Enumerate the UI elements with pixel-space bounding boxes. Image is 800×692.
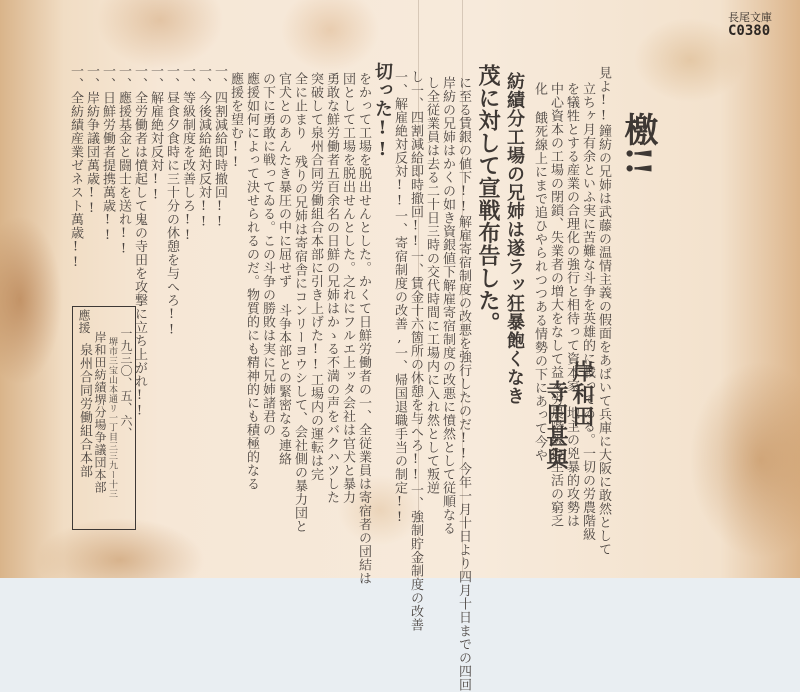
appeal: 應援を望む!! — [228, 72, 242, 171]
address-box: 一九三〇、五、六、 堺市三宝山本通リ一丁目三三九ー十三 岸和田紡績堺分場争議団本… — [72, 306, 136, 530]
body-column: 全に止まり 残りの兄姉は寄宿舎にコンリーヨウシして、会社側の暴力団と — [292, 72, 306, 533]
slogan: 一、應援基金と闘士を送れ!! — [116, 64, 130, 257]
body-column: に至る賃銀の値下!!解雇寄宿制度の改悪を強行したのだ!!今年一月十日より四月十日… — [456, 76, 470, 588]
slogan: 一、解雇絶対反対!! — [148, 64, 162, 203]
archive-stamp: 長尾文庫 C0380 — [728, 12, 772, 39]
body-column: し一、四割減給即時撤回!!一、賃金十六箇所の休憩を与へろ!!一、強制貯金制度の改… — [408, 70, 422, 588]
leaflet-scan: 長尾文庫 C0380 檄!! 見よ!!鐘紡の兄姉は武藤の温情主義の假面をあばいて… — [0, 0, 800, 578]
body-column: 突破して泉州合同労働組合本部に引き上げた!!工場内の運転は完 — [308, 72, 322, 481]
body-column: し全従業員は去る二十日三時の交代時間に工場内に入れ然として叛逆 — [424, 76, 438, 495]
body-column: 団として工場を脱出せんとした。之れにフルエ上ッタ会社は官犬と暴力 — [340, 72, 354, 504]
support-label: 應援 — [77, 309, 91, 334]
body-column: 岸紡の兄姉はかくの如き資銀値下解雇寄宿制度の改悪に憤然として従順なる — [440, 76, 454, 535]
headline-name-1: 岸和田 — [570, 360, 594, 428]
body-column: の下に勇敢に戦ってゐる。この斗争の勝敗は実に兄姉諸君の — [260, 72, 274, 437]
address: 堺市三宝山本通リ一丁目三三九ー十三 — [107, 337, 117, 499]
slogan: 一、四割減給即時撤回!! — [212, 64, 226, 230]
strike-hq: 岸和田紡績堺分場争議団本部 — [93, 331, 107, 494]
body-column: 官犬とのあんたき暴圧の中に屈せず 斗争本部との緊密なる連絡 — [276, 72, 290, 466]
body-column: 勇敢な鮮労働者五百余名の日鮮の兄姉はかゝる不満の声をバクハツした — [324, 72, 338, 504]
archive-id: C0380 — [728, 24, 772, 39]
slogan: 一、全紡績産業ゼネスト萬歳!! — [68, 64, 82, 271]
headline-name-2: 寺田甚與 — [544, 380, 568, 470]
union-hq: 泉州合同労働組合本部 — [77, 343, 91, 478]
slogan: 一、日鮮労働者提携萬歳!! — [100, 64, 114, 244]
slogan: 一、等級制度を改善しろ!! — [180, 64, 194, 244]
intro-column: 見よ!!鐘紡の兄姉は武藤の温情主義の假面をあばいて兵庫に大阪に敢然として — [596, 66, 610, 556]
body-column: 一、解雇絶対反対!!一、寄宿制度の改善,一、帰国退職手当の制定!! — [392, 70, 406, 526]
slogan: 一、岸紡争議団萬歳!! — [84, 64, 98, 217]
body-column: 應援如何によって決せられるのだ。物質的にも精神的にも積極的なる — [244, 72, 258, 491]
slogan: 一、今後減給絶対反対!! — [196, 64, 210, 230]
leaflet-title: 檄!! — [614, 112, 663, 176]
intro-column: 立ちヶ月有余といふ実に苦難な斗争を英雄的に戦ってゐる。一切の労農階級 — [580, 82, 594, 541]
headline: 紡績分工場の兄姉は遂ラッ狂暴飽くなき — [504, 72, 524, 405]
body-column: をかって工場を脱出せんとした。かくて日鮮労働者の一、全従業員は寄宿者の団結は — [356, 72, 370, 585]
slogan: 一、昼食夕食時に三十分の休憩を与へろ!! — [164, 64, 178, 338]
issue-date: 一九三〇、五、六、 — [119, 327, 133, 440]
declaration: 茂に対して宣戦布告した。 — [476, 64, 500, 334]
body-column: 切った!! — [372, 62, 392, 161]
